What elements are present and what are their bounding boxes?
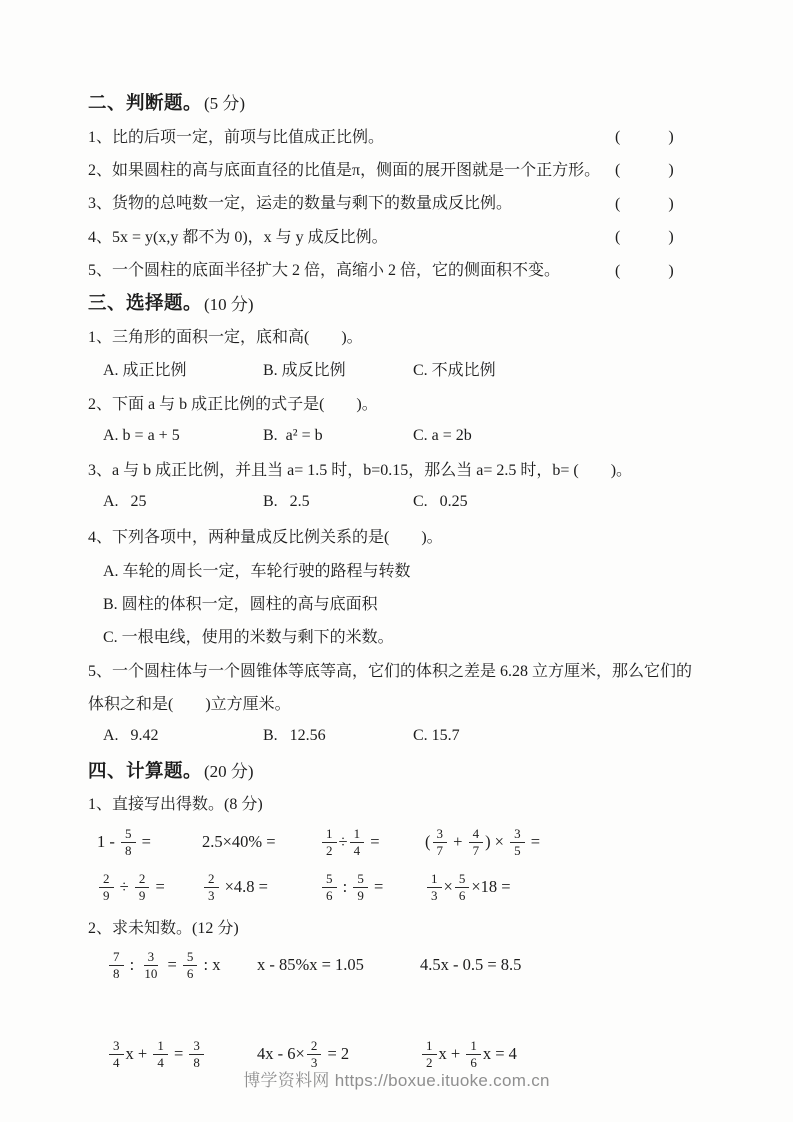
answer-blank-parens: ( ) [615, 224, 674, 247]
fraction: 12 [322, 827, 337, 857]
choice-question-4-option-a: A. 车轮的周长一定，车轮行驶的路程与转数 [88, 552, 748, 585]
answer-blank-parens: ( ) [615, 190, 674, 213]
option-c: C. 0.25 [413, 493, 468, 511]
fraction: 23 [204, 872, 219, 902]
direct-calc-row-2: 29 ÷ 29 = 23 ×4.8 = 56 : 59 = 13×56×18 = [88, 865, 748, 910]
option-a: A. 25 [103, 493, 263, 511]
option-b: B. a² = b [263, 427, 413, 445]
choice-question-3-options: A. 25 B. 2.5 C. 0.25 [88, 486, 748, 519]
choice-question-5-line-1: 5、一个圆柱体与一个圆锥体等底等高，它们的体积之差是 6.28 立方厘米，那么它… [88, 653, 748, 686]
math-expression: 29 ÷ 29 = [97, 872, 202, 902]
question-text: 1、比的后项一定，前项与比值成正比例。 [88, 124, 384, 147]
math-expression: 1 - 58 = [97, 827, 202, 857]
direct-calc-label: 1、直接写出得数。(8 分) [88, 786, 748, 819]
fraction: 35 [510, 827, 525, 857]
exam-content: 二、判断题。 (5 分) 1、比的后项一定，前项与比值成正比例。 ( ) 2、如… [88, 85, 748, 1077]
fraction: 310 [140, 950, 161, 980]
math-expression: 78 : 310 = 56 : x [107, 950, 257, 980]
answer-blank-parens: ( ) [615, 157, 674, 180]
fraction: 56 [183, 950, 198, 980]
choice-question-1-options: A. 成正比例 B. 成反比例 C. 不成比例 [88, 352, 748, 385]
judgment-question-4: 4、5x = y(x,y 都不为 0)，x 与 y 成反比例。 ( ) [88, 219, 748, 252]
option-c: C. 15.7 [413, 727, 460, 745]
section-choice-points: (10 分) [204, 290, 254, 315]
option-b: B. 成反比例 [263, 357, 413, 380]
math-expression: 2.5×40% = [202, 832, 320, 852]
math-expression: x - 85%x = 1.05 [257, 955, 420, 975]
question-text: 体积之和是( )立方厘米。 [88, 691, 291, 714]
solve-unknown-row-1: 78 : 310 = 56 : x x - 85%x = 1.05 4.5x -… [88, 943, 748, 988]
fraction: 13 [427, 872, 442, 902]
question-text: 5、一个圆柱体与一个圆锥体等底等高，它们的体积之差是 6.28 立方厘米，那么它… [88, 658, 692, 681]
judgment-question-1: 1、比的后项一定，前项与比值成正比例。 ( ) [88, 118, 748, 151]
fraction: 58 [121, 827, 136, 857]
answer-blank-parens: ( ) [615, 124, 674, 147]
judgment-question-5: 5、一个圆柱的底面半径扩大 2 倍，高缩小 2 倍，它的侧面积不变。 ( ) [88, 252, 748, 285]
choice-question-2: 2、下面 a 与 b 成正比例的式子是( )。 [88, 386, 748, 419]
option-b: B. 2.5 [263, 493, 413, 511]
question-text: 1、三角形的面积一定，底和高( )。 [88, 324, 363, 347]
choice-question-2-options: A. b = a + 5 B. a² = b C. a = 2b [88, 419, 748, 452]
choice-question-3: 3、a 与 b 成正比例，并且当 a= 1.5 时，b=0.15，那么当 a= … [88, 452, 748, 485]
solve-unknown-label: 2、求未知数。(12 分) [88, 910, 748, 943]
math-expression: 12÷14 = [320, 827, 425, 857]
question-text: 5、一个圆柱的底面半径扩大 2 倍，高缩小 2 倍，它的侧面积不变。 [88, 257, 560, 280]
math-expression: (37 + 47) × 35 = [425, 827, 540, 857]
fraction: 47 [469, 827, 484, 857]
question-text: 3、a 与 b 成正比例，并且当 a= 1.5 时，b=0.15，那么当 a= … [88, 457, 632, 480]
option-c: C. 不成比例 [413, 357, 496, 380]
question-text: 4、5x = y(x,y 都不为 0)，x 与 y 成反比例。 [88, 224, 388, 247]
choice-question-5-line-2: 体积之和是( )立方厘米。 [88, 686, 748, 719]
section-calculation-title: 四、计算题。 [88, 757, 202, 783]
section-calculation-heading: 四、计算题。 (20 分) [88, 753, 748, 786]
fraction: 29 [135, 872, 150, 902]
choice-question-1: 1、三角形的面积一定，底和高( )。 [88, 319, 748, 352]
section-calculation-points: (20 分) [204, 757, 254, 782]
choice-question-4-option-c: C. 一根电线，使用的米数与剩下的米数。 [88, 619, 748, 652]
fraction: 14 [350, 827, 365, 857]
fraction: 37 [433, 827, 448, 857]
exam-paper-page: 二、判断题。 (5 分) 1、比的后项一定，前项与比值成正比例。 ( ) 2、如… [0, 0, 793, 1122]
question-text: 2、下面 a 与 b 成正比例的式子是( )。 [88, 391, 378, 414]
choice-question-5-options: A. 9.42 B. 12.56 C. 15.7 [88, 719, 748, 752]
watermark-site-link: 博学资料网 https://boxue.ituoke.com.cn [0, 1066, 793, 1091]
fraction: 29 [99, 872, 114, 902]
section-choice-title: 三、选择题。 [88, 289, 202, 315]
subsection-label: 1、直接写出得数。(8 分) [88, 791, 263, 814]
section-choice-heading: 三、选择题。 (10 分) [88, 285, 748, 318]
option-a: A. 9.42 [103, 727, 263, 745]
math-expression: 56 : 59 = [320, 872, 425, 902]
judgment-question-2: 2、如果圆柱的高与底面直径的比值是π，侧面的展开图就是一个正方形。 ( ) [88, 152, 748, 185]
question-text: 2、如果圆柱的高与底面直径的比值是π，侧面的展开图就是一个正方形。 [88, 157, 600, 180]
section-judgment-title: 二、判断题。 [88, 89, 202, 115]
option-b: B. 圆柱的体积一定，圆柱的高与底面积 [103, 591, 378, 614]
option-a: A. 车轮的周长一定，车轮行驶的路程与转数 [103, 558, 411, 581]
fraction: 56 [322, 872, 337, 902]
fraction: 59 [353, 872, 368, 902]
subsection-label: 2、求未知数。(12 分) [88, 915, 239, 938]
question-text: 3、货物的总吨数一定，运走的数量与剩下的数量成反比例。 [88, 190, 512, 213]
fraction: 56 [455, 872, 470, 902]
option-b: B. 12.56 [263, 727, 413, 745]
option-a: A. b = a + 5 [103, 427, 263, 445]
question-text: 4、下列各项中，两种量成反比例关系的是( )。 [88, 524, 443, 547]
working-space [88, 988, 748, 1032]
math-expression: 23 ×4.8 = [202, 872, 320, 902]
choice-question-4-option-b: B. 圆柱的体积一定，圆柱的高与底面积 [88, 586, 748, 619]
option-a: A. 成正比例 [103, 357, 263, 380]
answer-blank-parens: ( ) [615, 257, 674, 280]
fraction: 78 [109, 950, 124, 980]
option-c: C. 一根电线，使用的米数与剩下的米数。 [103, 624, 394, 647]
direct-calc-row-1: 1 - 58 = 2.5×40% = 12÷14 = (37 + 47) × 3… [88, 820, 748, 865]
choice-question-4: 4、下列各项中，两种量成反比例关系的是( )。 [88, 519, 748, 552]
section-judgment-points: (5 分) [204, 89, 245, 114]
option-c: C. a = 2b [413, 427, 472, 445]
section-judgment-heading: 二、判断题。 (5 分) [88, 85, 748, 118]
math-expression: 4.5x - 0.5 = 8.5 [420, 955, 521, 975]
judgment-question-3: 3、货物的总吨数一定，运走的数量与剩下的数量成反比例。 ( ) [88, 185, 748, 218]
math-expression: 13×56×18 = [425, 872, 511, 902]
